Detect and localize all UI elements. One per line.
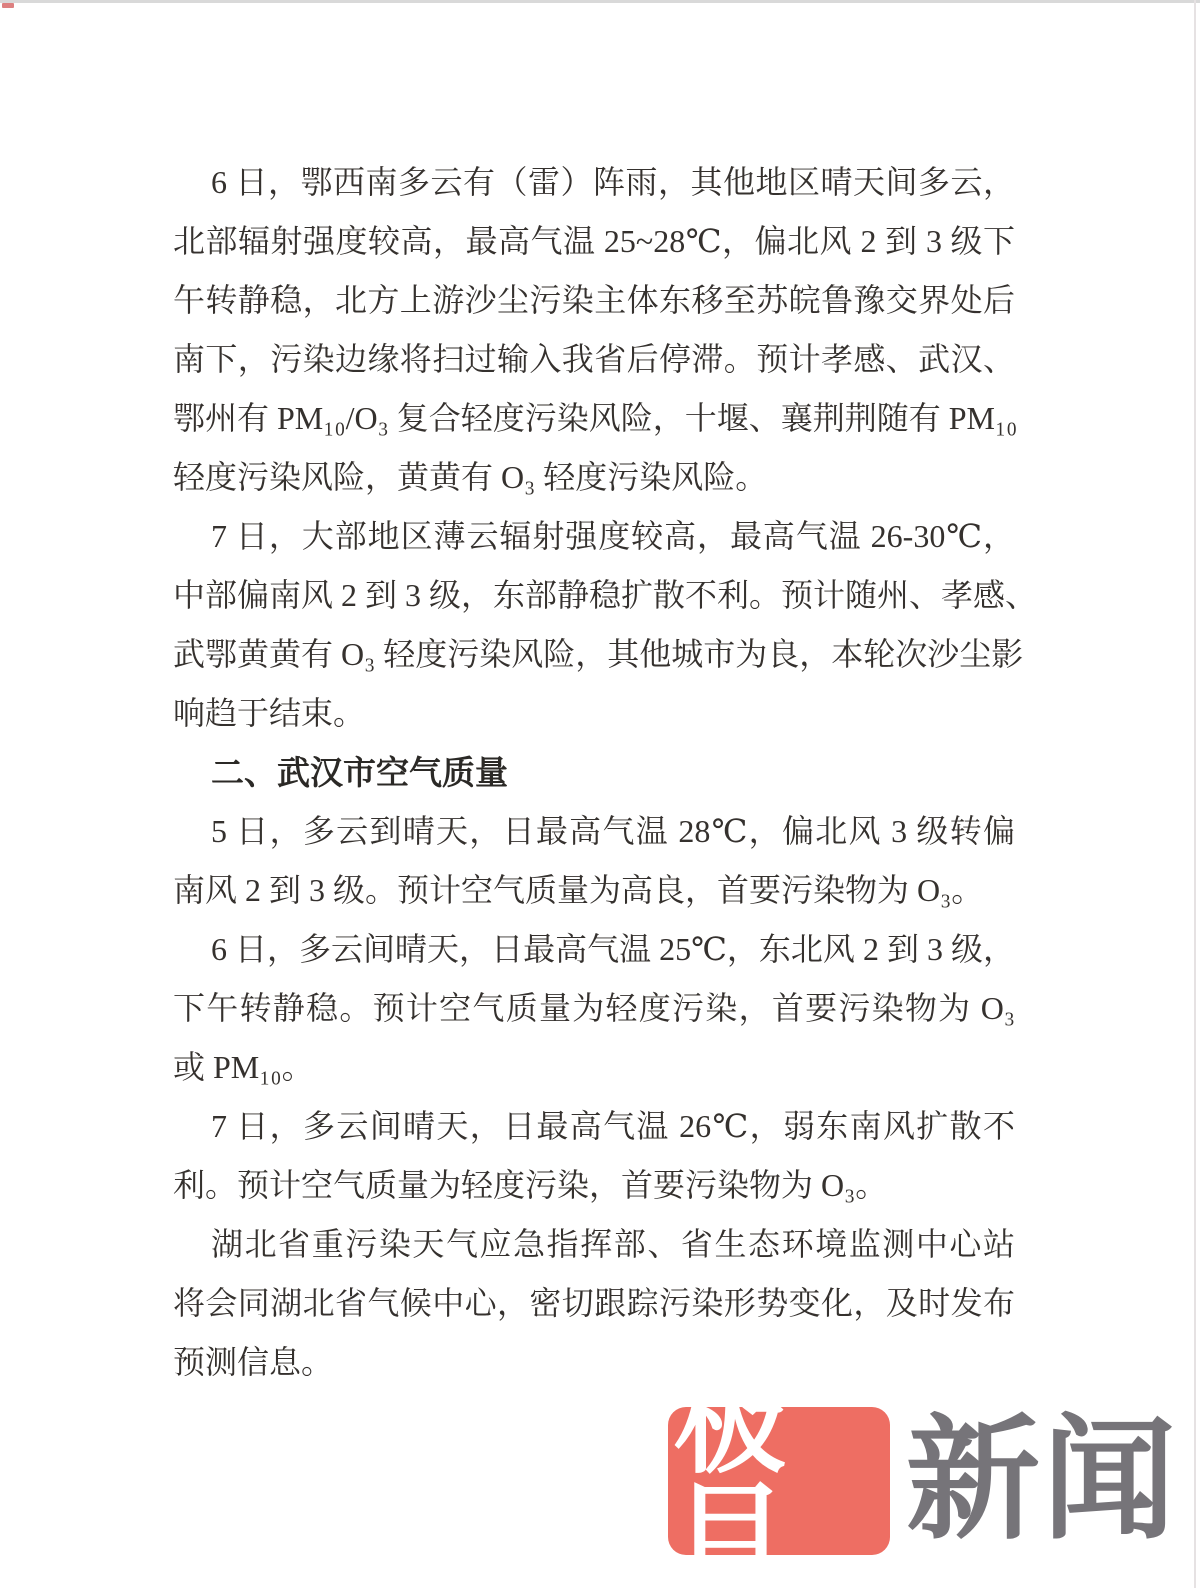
paragraph: 5 日，多云到晴天，日最高气温 28℃，偏北风 3 级转偏南风 2 到 3 级。… xyxy=(173,802,1015,920)
text-line: 南风 2 到 3 级。预计空气质量为高良，首要污染物为 O₃。 xyxy=(173,861,1015,920)
text-line: 5 日，多云到晴天，日最高气温 28℃，偏北风 3 级转偏 xyxy=(173,802,1015,861)
paragraph: 7 日，大部地区薄云辐射强度较高，最高气温 26-30℃，中部偏南风 2 到 3… xyxy=(173,507,1015,743)
document-text: 6 日，鄂西南多云有（雷）阵雨，其他地区晴天间多云，北部辐射强度较高，最高气温 … xyxy=(173,153,1015,1392)
text-line: 或 PM₁₀。 xyxy=(173,1038,1015,1097)
text-line: 中部偏南风 2 到 3 级，东部静稳扩散不利。预计随州、孝感、 xyxy=(173,566,1015,625)
text-line: 利。预计空气质量为轻度污染，首要污染物为 O₃。 xyxy=(173,1156,1015,1215)
page-right-border xyxy=(1194,0,1196,1588)
text-line: 6 日，多云间晴天，日最高气温 25℃，东北风 2 到 3 级， xyxy=(173,920,1015,979)
text-line: 轻度污染风险，黄黄有 O₃ 轻度污染风险。 xyxy=(173,448,1015,507)
text-line: 鄂州有 PM₁₀/O₃ 复合轻度污染风险，十堰、襄荆荆随有 PM₁₀ xyxy=(173,389,1015,448)
page-top-border xyxy=(0,0,1200,3)
text-line: 将会同湖北省气候中心，密切跟踪污染形势变化，及时发布 xyxy=(173,1274,1015,1333)
logo-badge: 极目 xyxy=(668,1407,890,1555)
text-line: 7 日，多云间晴天，日最高气温 26℃，弱东南风扩散不 xyxy=(173,1097,1015,1156)
jimu-news-logo: 极目 新闻 xyxy=(668,1405,1178,1557)
paragraph: 6 日，鄂西南多云有（雷）阵雨，其他地区晴天间多云，北部辐射强度较高，最高气温 … xyxy=(173,153,1015,507)
corner-red-mark xyxy=(2,3,14,8)
paragraph: 7 日，多云间晴天，日最高气温 26℃，弱东南风扩散不利。预计空气质量为轻度污染… xyxy=(173,1097,1015,1215)
text-line: 武鄂黄黄有 O₃ 轻度污染风险，其他城市为良，本轮次沙尘影 xyxy=(173,625,1015,684)
section-heading: 二、武汉市空气质量 xyxy=(173,743,1015,802)
text-line: 响趋于结束。 xyxy=(173,684,1015,743)
text-line: 下午转静稳。预计空气质量为轻度污染，首要污染物为 O₃ xyxy=(173,979,1015,1038)
text-line: 北部辐射强度较高，最高气温 25~28℃，偏北风 2 到 3 级下 xyxy=(173,212,1015,271)
text-line: 午转静稳，北方上游沙尘污染主体东移至苏皖鲁豫交界处后 xyxy=(173,271,1015,330)
text-line: 二、武汉市空气质量 xyxy=(173,743,1015,802)
text-line: 湖北省重污染天气应急指挥部、省生态环境监测中心站 xyxy=(173,1215,1015,1274)
paragraph: 湖北省重污染天气应急指挥部、省生态环境监测中心站将会同湖北省气候中心，密切跟踪污… xyxy=(173,1215,1015,1392)
logo-suffix-text: 新闻 xyxy=(906,1414,1178,1548)
paragraph: 6 日，多云间晴天，日最高气温 25℃，东北风 2 到 3 级，下午转静稳。预计… xyxy=(173,920,1015,1097)
text-line: 6 日，鄂西南多云有（雷）阵雨，其他地区晴天间多云， xyxy=(173,153,1015,212)
text-line: 南下，污染边缘将扫过输入我省后停滞。预计孝感、武汉、 xyxy=(173,330,1015,389)
logo-badge-text: 极目 xyxy=(668,1369,890,1588)
text-line: 7 日，大部地区薄云辐射强度较高，最高气温 26-30℃， xyxy=(173,507,1015,566)
